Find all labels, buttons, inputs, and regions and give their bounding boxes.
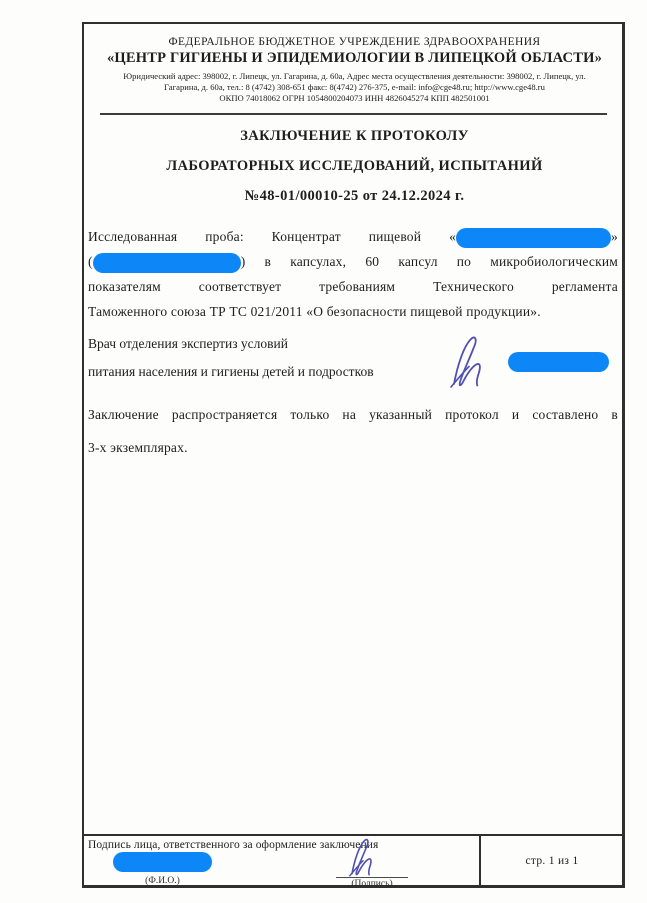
redacted-text [508, 352, 609, 372]
closing-statement-line1: Заключение распространяется только на ук… [88, 398, 618, 431]
signature-line [336, 877, 408, 878]
sample-statement-line1: Исследованная проба: Концентрат пищевой … [88, 224, 618, 249]
title-protocol-number: №48-01/00010-25 от 24.12.2024 г. [86, 188, 623, 205]
signatory-position-line2: питания населения и гигиены детей и подр… [88, 358, 458, 386]
redacted-text [113, 852, 212, 872]
redacted-text [93, 253, 241, 273]
organization-name-line2: «ЦЕНТР ГИГИЕНЫ И ЭПИДЕМИОЛОГИИ В ЛИПЕЦКО… [86, 50, 623, 67]
address-line2: Гагарина, д. 60а, тел.: 8 (4742) 308-651… [86, 82, 623, 93]
letterhead: ФЕДЕРАЛЬНОЕ БЮДЖЕТНОЕ УЧРЕЖДЕНИЕ ЗДРАВОО… [86, 36, 623, 104]
fio-label: (Ф.И.О.) [112, 876, 213, 886]
sample-statement-line2: () в капсулах, 60 капсул по микробиологи… [88, 249, 618, 274]
signature-footer-table: Подпись лица, ответственного за оформлен… [82, 834, 625, 885]
redacted-text [456, 228, 611, 248]
handwritten-signature-icon [447, 334, 491, 390]
sample-text-before-redaction: Исследованная проба: Концентрат пищевой … [88, 229, 456, 244]
signatory-position: Врач отделения экспертиз условий питания… [88, 330, 458, 386]
handwritten-signature-icon [346, 837, 380, 878]
sample-text-after-redaction: ) в капсулах, 60 капсул по микробиологич… [241, 254, 618, 269]
requisites-line: ОКПО 74018062 ОГРН 1054800204073 ИНН 482… [86, 93, 623, 104]
letterhead-divider [100, 113, 607, 115]
sample-statement-paragraph: Исследованная проба: Концентрат пищевой … [88, 224, 618, 324]
closing-statement-line2: 3-х экземплярах. [88, 431, 618, 464]
closing-quote: » [611, 229, 618, 244]
address-line1: Юридический адрес: 398002, г. Липецк, ул… [86, 71, 623, 82]
title-line2: ЛАБОРАТОРНЫХ ИССЛЕДОВАНИЙ, ИСПЫТАНИЙ [86, 158, 623, 175]
sample-statement-line3: показателям соответствует требованиям Те… [88, 274, 618, 299]
footer-caption: Подпись лица, ответственного за оформлен… [88, 839, 378, 851]
scanned-document-page: ФЕДЕРАЛЬНОЕ БЮДЖЕТНОЕ УЧРЕЖДЕНИЕ ЗДРАВОО… [0, 0, 647, 903]
signatory-position-line1: Врач отделения экспертиз условий [88, 330, 458, 358]
title-line1: ЗАКЛЮЧЕНИЕ К ПРОТОКОЛУ [86, 128, 623, 145]
open-paren: ( [88, 254, 93, 269]
closing-statement-paragraph: Заключение распространяется только на ук… [88, 398, 618, 464]
signature-label: (Подпись) [326, 879, 418, 889]
sample-statement-line4: Таможенного союза ТР ТС 021/2011 «О безо… [88, 299, 618, 324]
organization-name-line1: ФЕДЕРАЛЬНОЕ БЮДЖЕТНОЕ УЧРЕЖДЕНИЕ ЗДРАВОО… [86, 36, 623, 48]
page-indicator: стр. 1 из 1 [479, 836, 623, 885]
document-title: ЗАКЛЮЧЕНИЕ К ПРОТОКОЛУ ЛАБОРАТОРНЫХ ИССЛ… [86, 128, 623, 218]
